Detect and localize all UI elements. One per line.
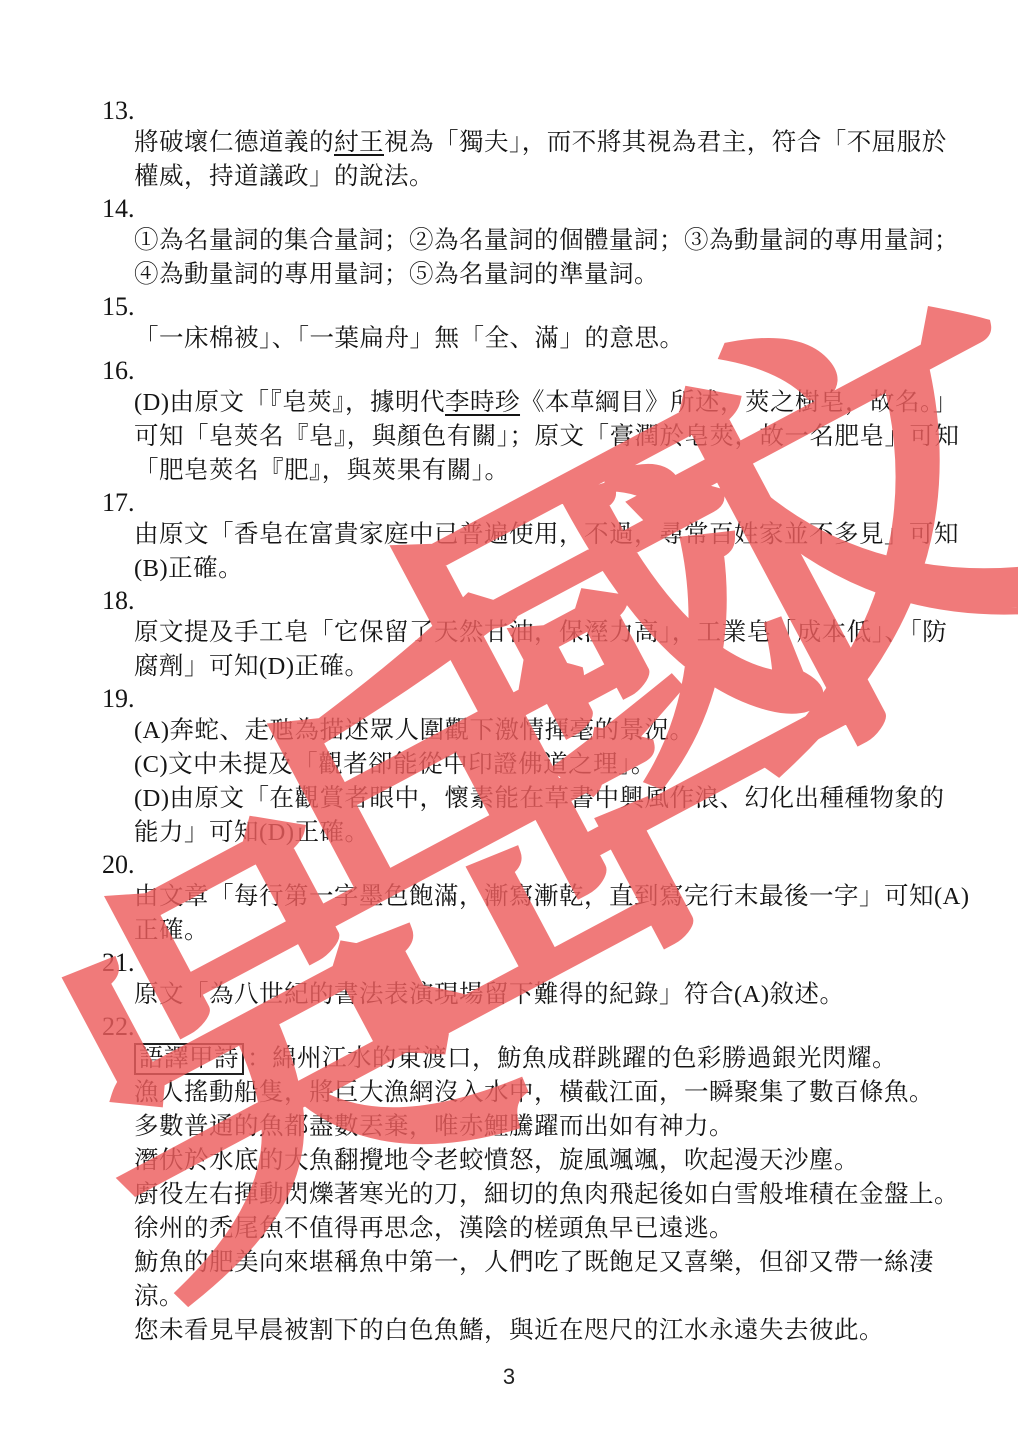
item-body: 將破壞仁德道義的紂王視為「獨夫」，而不將其視為君主，符合「不屈服於權威，持道議政… <box>134 126 938 194</box>
item-number: 18. <box>102 586 1018 616</box>
text-segment: 徐州的禿尾魚不值得再思念，漢陰的槎頭魚早已遠逃。 <box>134 1215 734 1242</box>
text-line: 廚役左右揮動閃爍著寒光的刀，細切的魚肉飛起後如白雪般堆積在金盤上。 <box>134 1178 938 1212</box>
item-body: ①為名量詞的集合量詞；②為名量詞的個體量詞；③為動量詞的專用量詞；④為動量詞的專… <box>134 224 938 292</box>
item-body: 原文「為八世紀的書法表演現場留下難得的紀錄」符合(A)敘述。 <box>134 978 938 1012</box>
document-page: 13.將破壞仁德道義的紂王視為「獨夫」，而不將其視為君主，符合「不屈服於權威，持… <box>0 0 1018 1440</box>
text-line: ①為名量詞的集合量詞；②為名量詞的個體量詞；③為動量詞的專用量詞； <box>134 224 938 258</box>
answer-item: 13.將破壞仁德道義的紂王視為「獨夫」，而不將其視為君主，符合「不屈服於權威，持… <box>0 96 1018 194</box>
item-number: 15. <box>102 292 1018 322</box>
text-line: 由文章「每行第一字墨色飽滿，漸寫漸乾，直到寫完行末最後一字」可知(A) <box>134 880 938 914</box>
text-segment: 多數普通的魚都盡數丟棄，唯赤鯉騰躍而出如有神力。 <box>134 1113 734 1140</box>
text-line: 正確。 <box>134 914 938 948</box>
text-segment: 潛伏於水底的大魚翻攪地令老蛟憤怒，旋風颯颯，吹起漫天沙塵。 <box>134 1147 859 1174</box>
text-segment: (D)由原文「在觀賞者眼中，懷素能在草書中興風作浪、幻化出種種物象的 <box>134 785 945 812</box>
text-segment: 正確。 <box>134 917 209 944</box>
text-line: ④為動量詞的專用量詞；⑤為名量詞的準量詞。 <box>134 258 938 292</box>
text-line: 原文「為八世紀的書法表演現場留下難得的紀錄」符合(A)敘述。 <box>134 978 938 1012</box>
answer-item: 16.(D)由原文「『皂莢』，據明代李時珍《本草綱目》所述，莢之樹皂，故名。」可… <box>0 356 1018 488</box>
text-segment: 由文章「每行第一字墨色飽滿，漸寫漸乾，直到寫完行末最後一字」可知(A) <box>134 883 970 910</box>
answer-item: 19.(A)奔蛇、走虺為描述眾人圍觀下激情揮毫的景況。(C)文中未提及「觀者卻能… <box>0 684 1018 850</box>
answer-item: 22.語譯甲詩：綿州江水的東渡口，魴魚成群跳躍的色彩勝過銀光閃耀。漁人搖動船隻，… <box>0 1012 1018 1348</box>
item-body: 由原文「香皂在富貴家庭中已普遍使用，不過，尋常百姓家並不多見」可知(B)正確。 <box>134 518 938 586</box>
text-segment: (C)文中未提及「觀者卻能從中印證佛道之理」。 <box>134 751 656 778</box>
text-segment: 由原文「香皂在富貴家庭中已普遍使用，不過，尋常百姓家並不多見」可知 <box>134 521 959 548</box>
text-line: (D)由原文「『皂莢』，據明代李時珍《本草綱目》所述，莢之樹皂，故名。」 <box>134 386 938 420</box>
text-segment: 廚役左右揮動閃爍著寒光的刀，細切的魚肉飛起後如白雪般堆積在金盤上。 <box>134 1181 959 1208</box>
answer-item: 21.原文「為八世紀的書法表演現場留下難得的紀錄」符合(A)敘述。 <box>0 948 1018 1012</box>
text-line: 您未看見早晨被割下的白色魚鰭，與近在咫尺的江水永遠失去彼此。 <box>134 1314 938 1348</box>
text-line: 多數普通的魚都盡數丟棄，唯赤鯉騰躍而出如有神力。 <box>134 1110 938 1144</box>
text-segment: 魴魚的肥美向來堪稱魚中第一，人們吃了既飽足又喜樂，但卻又帶一絲淒 <box>134 1249 934 1276</box>
text-line: 涼。 <box>134 1280 938 1314</box>
text-line: 語譯甲詩：綿州江水的東渡口，魴魚成群跳躍的色彩勝過銀光閃耀。 <box>134 1042 938 1076</box>
answer-item: 18.原文提及手工皂「它保留了天然甘油，保溼力高」，工業皂「成本低」、「防腐劑」… <box>0 586 1018 684</box>
item-body: (D)由原文「『皂莢』，據明代李時珍《本草綱目》所述，莢之樹皂，故名。」可知「皂… <box>134 386 938 488</box>
text-line: (D)由原文「在觀賞者眼中，懷素能在草書中興風作浪、幻化出種種物象的 <box>134 782 938 816</box>
text-segment: 「肥皂莢名『肥』，與莢果有關」。 <box>134 457 510 484</box>
text-line: 將破壞仁德道義的紂王視為「獨夫」，而不將其視為君主，符合「不屈服於 <box>134 126 938 160</box>
item-number: 13. <box>102 96 1018 126</box>
item-body: 由文章「每行第一字墨色飽滿，漸寫漸乾，直到寫完行末最後一字」可知(A)正確。 <box>134 880 938 948</box>
answer-item: 15.「一床棉被」、「一葉扁舟」無「全、滿」的意思。 <box>0 292 1018 356</box>
text-segment: (B)正確。 <box>134 555 243 582</box>
text-line: 由原文「香皂在富貴家庭中已普遍使用，不過，尋常百姓家並不多見」可知 <box>134 518 938 552</box>
text-line: 「肥皂莢名『肥』，與莢果有關」。 <box>134 454 938 488</box>
item-number: 20. <box>102 850 1018 880</box>
item-number: 22. <box>102 1012 1018 1042</box>
text-line: 能力」可知(D)正確。 <box>134 816 938 850</box>
item-body: 原文提及手工皂「它保留了天然甘油，保溼力高」，工業皂「成本低」、「防腐劑」可知(… <box>134 616 938 684</box>
text-segment: 權威，持道議政」的說法。 <box>134 163 434 190</box>
text-segment: (A)奔蛇、走虺為描述眾人圍觀下激情揮毫的景況。 <box>134 717 695 744</box>
text-line: 潛伏於水底的大魚翻攪地令老蛟憤怒，旋風颯颯，吹起漫天沙塵。 <box>134 1144 938 1178</box>
text-segment: 能力」可知(D)正確。 <box>134 819 370 846</box>
text-line: 徐州的禿尾魚不值得再思念，漢陰的槎頭魚早已遠逃。 <box>134 1212 938 1246</box>
text-line: 可知「皂莢名『皂』，與顏色有關」；原文「膏潤於皂莢，故一名肥皂」可知 <box>134 420 938 454</box>
item-body: 語譯甲詩：綿州江水的東渡口，魴魚成群跳躍的色彩勝過銀光閃耀。漁人搖動船隻，將巨大… <box>134 1042 938 1348</box>
text-segment: 將破壞仁德道義的 <box>134 129 334 156</box>
text-line: 魴魚的肥美向來堪稱魚中第一，人們吃了既飽足又喜樂，但卻又帶一絲淒 <box>134 1246 938 1280</box>
text-line: (C)文中未提及「觀者卻能從中印證佛道之理」。 <box>134 748 938 782</box>
text-segment: ：綿州江水的東渡口，魴魚成群跳躍的色彩勝過銀光閃耀。 <box>247 1045 897 1072</box>
boxed-label: 語譯甲詩 <box>134 1043 244 1075</box>
underlined-term: 紂王 <box>334 129 384 156</box>
text-line: 原文提及手工皂「它保留了天然甘油，保溼力高」，工業皂「成本低」、「防 <box>134 616 938 650</box>
text-segment: ①為名量詞的集合量詞；②為名量詞的個體量詞；③為動量詞的專用量詞； <box>134 227 959 254</box>
text-line: 權威，持道議政」的說法。 <box>134 160 938 194</box>
text-segment: 腐劑」可知(D)正確。 <box>134 653 370 680</box>
text-line: (B)正確。 <box>134 552 938 586</box>
text-segment: ④為動量詞的專用量詞；⑤為名量詞的準量詞。 <box>134 261 659 288</box>
page-number: 3 <box>0 1364 1018 1390</box>
text-segment: 「一床棉被」、「一葉扁舟」無「全、滿」的意思。 <box>134 325 685 352</box>
text-segment: 視為「獨夫」，而不將其視為君主，符合「不屈服於 <box>384 129 947 156</box>
text-segment: 漁人搖動船隻，將巨大漁網沒入水中，橫截江面，一瞬聚集了數百條魚。 <box>134 1079 934 1106</box>
text-line: 漁人搖動船隻，將巨大漁網沒入水中，橫截江面，一瞬聚集了數百條魚。 <box>134 1076 938 1110</box>
item-body: 「一床棉被」、「一葉扁舟」無「全、滿」的意思。 <box>134 322 938 356</box>
item-number: 21. <box>102 948 1018 978</box>
item-number: 16. <box>102 356 1018 386</box>
text-segment: 原文提及手工皂「它保留了天然甘油，保溼力高」，工業皂「成本低」、「防 <box>134 619 947 646</box>
text-segment: 《本草綱目》所述，莢之樹皂，故名。」 <box>520 389 958 416</box>
underlined-term: 李時珍 <box>445 389 520 416</box>
text-segment: (D)由原文「『皂莢』，據明代 <box>134 389 445 416</box>
answer-item: 14.①為名量詞的集合量詞；②為名量詞的個體量詞；③為動量詞的專用量詞；④為動量… <box>0 194 1018 292</box>
text-segment: 原文「為八世紀的書法表演現場留下難得的紀錄」符合(A)敘述。 <box>134 981 845 1008</box>
text-segment: 您未看見早晨被割下的白色魚鰭，與近在咫尺的江水永遠失去彼此。 <box>134 1317 884 1344</box>
answer-list: 13.將破壞仁德道義的紂王視為「獨夫」，而不將其視為君主，符合「不屈服於權威，持… <box>0 96 1018 1348</box>
text-line: 腐劑」可知(D)正確。 <box>134 650 938 684</box>
text-line: 「一床棉被」、「一葉扁舟」無「全、滿」的意思。 <box>134 322 938 356</box>
item-body: (A)奔蛇、走虺為描述眾人圍觀下激情揮毫的景況。(C)文中未提及「觀者卻能從中印… <box>134 714 938 850</box>
text-segment: 涼。 <box>134 1283 184 1310</box>
answer-item: 17.由原文「香皂在富貴家庭中已普遍使用，不過，尋常百姓家並不多見」可知(B)正… <box>0 488 1018 586</box>
item-number: 14. <box>102 194 1018 224</box>
item-number: 19. <box>102 684 1018 714</box>
answer-item: 20.由文章「每行第一字墨色飽滿，漸寫漸乾，直到寫完行末最後一字」可知(A)正確… <box>0 850 1018 948</box>
item-number: 17. <box>102 488 1018 518</box>
text-segment: 可知「皂莢名『皂』，與顏色有關」；原文「膏潤於皂莢，故一名肥皂」可知 <box>134 423 960 450</box>
text-line: (A)奔蛇、走虺為描述眾人圍觀下激情揮毫的景況。 <box>134 714 938 748</box>
